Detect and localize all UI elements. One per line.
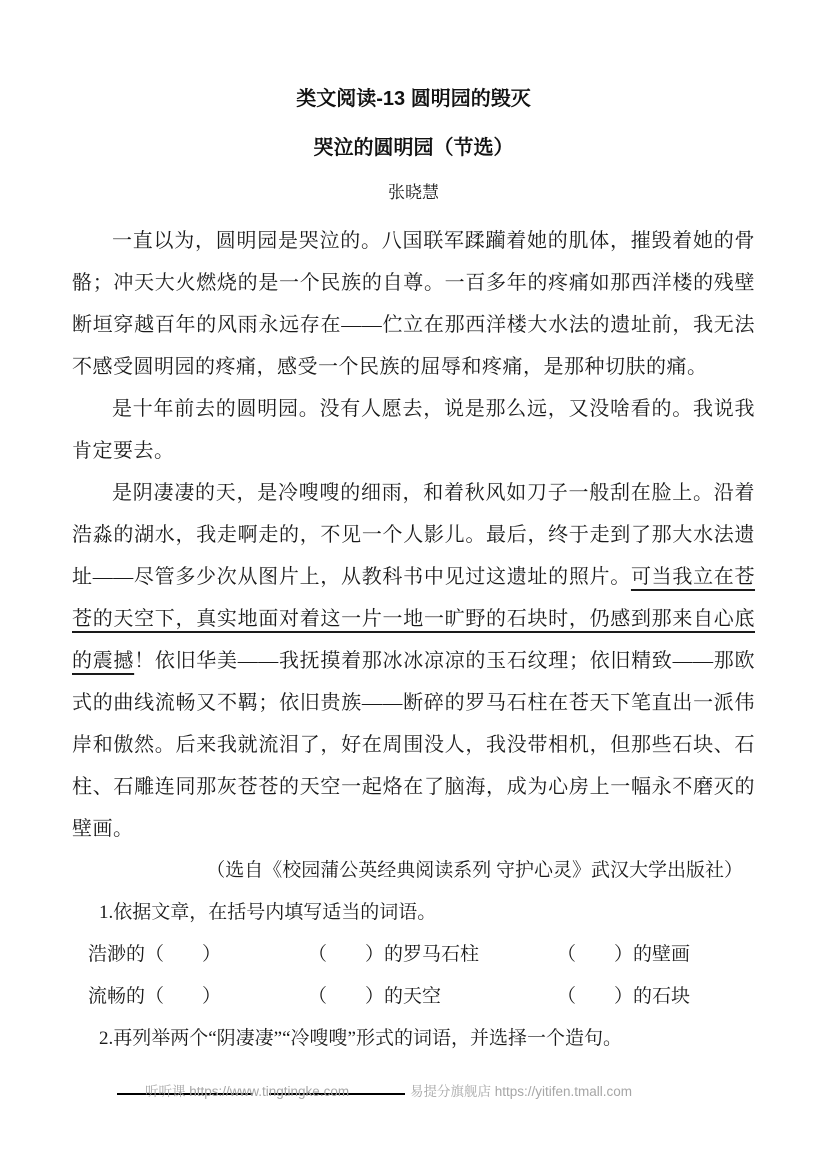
- paragraph-2: 是十年前去的圆明园。没有人愿去，说是那么远，又没啥看的。我说我肯定要去。: [72, 388, 755, 472]
- fill-blank-item: （ ）的石块: [557, 976, 690, 1018]
- question-1-row-1: 浩渺的（ ）（ ）的罗马石柱（ ）的壁画: [88, 934, 755, 976]
- paragraph-3-post: ！依旧华美——我抚摸着那冰冰凉凉的玉石纹理；依旧精致——那欧式的曲线流畅又不羁；…: [72, 650, 755, 840]
- fill-blank-item: （ ）的天空: [308, 976, 557, 1018]
- page-footer: 听听课 https://www.tingtingke.com 易提分旗舰店 ht…: [0, 1083, 827, 1101]
- question-2-label: 2.再列举两个“阴凄凄”“冷嗖嗖”形式的词语，并选择一个造句。: [99, 1018, 755, 1060]
- article-body: 一直以为，圆明园是哭泣的。八国联军蹂躏着她的肌体，摧毁着她的骨骼；冲天大火燃烧的…: [72, 220, 755, 892]
- question-1-row-2: 流畅的（ ）（ ）的天空（ ）的石块: [88, 976, 755, 1018]
- footer-watermark-left: 听听课 https://www.tingtingke.com: [145, 1083, 349, 1101]
- worksheet-page: 类文阅读-13 圆明园的毁灭 哭泣的圆明园（节选） 张晓慧 一直以为，圆明园是哭…: [0, 0, 827, 1169]
- paragraph-3: 是阴凄凄的天，是冷嗖嗖的细雨，和着秋风如刀子一般刮在脸上。沿着浩淼的湖水，我走啊…: [72, 472, 755, 850]
- paragraph-1: 一直以为，圆明园是哭泣的。八国联军蹂躏着她的肌体，摧毁着她的骨骼；冲天大火燃烧的…: [72, 220, 755, 388]
- article-title: 哭泣的圆明园（节选）: [72, 135, 755, 161]
- fill-blank-item: 浩渺的（ ）: [88, 934, 308, 976]
- fill-blank-item: 流畅的（ ）: [88, 976, 308, 1018]
- fill-blank-item: （ ）的壁画: [557, 934, 690, 976]
- question-1-label: 1.依据文章，在括号内填写适当的词语。: [99, 892, 755, 934]
- page-title: 类文阅读-13 圆明园的毁灭: [72, 86, 755, 112]
- article-author: 张晓慧: [72, 182, 755, 204]
- questions-section: 1.依据文章，在括号内填写适当的词语。 浩渺的（ ）（ ）的罗马石柱（ ）的壁画…: [72, 892, 755, 1095]
- source-attribution: （选自《校园蒲公英经典阅读系列 守护心灵》武汉大学出版社）: [72, 850, 755, 892]
- footer-watermark-right: 易提分旗舰店 https://yitifen.tmall.com: [410, 1083, 632, 1101]
- fill-blank-item: （ ）的罗马石柱: [308, 934, 557, 976]
